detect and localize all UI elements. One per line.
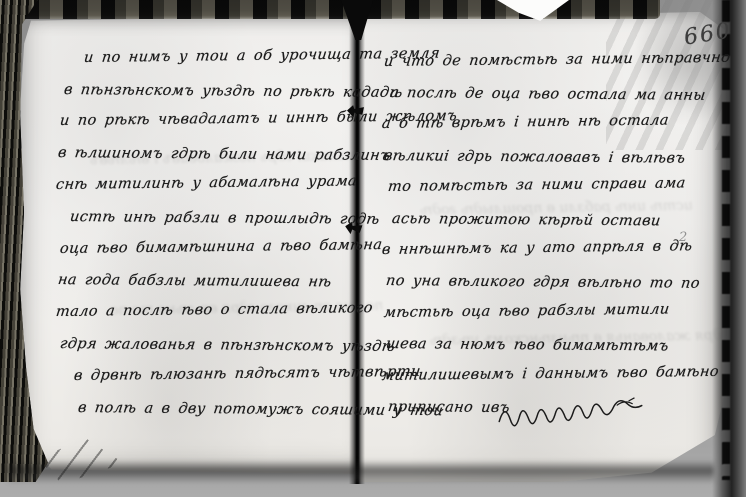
manuscript-line-text: в ннѣшнѣмъ ка у ато апрѣля в дѣ [381, 238, 693, 258]
manuscript-line: в ѣлшиномъ гдрѣ били нами рабзлинъ [58, 137, 356, 169]
manuscript-line-text: истѣ инѣ рабзли в прошлыдѣ годѣ [69, 209, 381, 228]
manuscript-line-text: в пѣнзѣнскомъ уѣздѣ по рѣкѣ кададѣ [63, 82, 404, 101]
manuscript-line-text: то помѣстьѣ за ними справи ама [387, 176, 686, 196]
manuscript-line-text: в ѣлшиномъ гдрѣ били нами рабзлинъ [57, 145, 391, 164]
manuscript-line: и по нимъ у тои а об урочища та земля [84, 42, 356, 74]
manuscript-line: гдря жалованья в пѣнзѣнскомъ уѣздѣ [60, 328, 356, 360]
manuscript-line: вѣликиі гдрь пожаловавъ і вѣлѣвъ [384, 140, 716, 171]
manuscript-line: тало а послѣ ѣво о стала вѣликого [56, 296, 356, 328]
right-page-text: и что де помѣстьѣ за ними нѣправчно а по… [382, 46, 716, 423]
manuscript-line: мѣстьѣ оца ѣво рабзлы митили [384, 297, 716, 328]
manuscript-line-text: гдря жалованья в пѣнзѣнскомъ уѣздѣ [59, 336, 396, 355]
manuscript-line: а послѣ де оца ѣво остала ма анны [390, 77, 716, 108]
manuscript-line: а б тѣ врѣмъ і нинѣ нѣ остала [382, 109, 716, 140]
manuscript-line-text: асьѣ прожитою кѣрѣй остави [391, 211, 662, 229]
manuscript-line: в пѣнзѣнскомъ уѣздѣ по рѣкѣ кададѣ [64, 74, 356, 106]
manuscript-line-text: а послѣ де оца ѣво остала ма анны [389, 85, 707, 104]
manuscript-line: то помѣстьѣ за ними справи ама [388, 172, 716, 203]
manuscript-line: в ннѣшнѣмъ ка у ато апрѣля в дѣ [382, 234, 716, 265]
pencil-margin-mark: 2 [679, 230, 687, 245]
manuscript-line: истѣ инѣ рабзли в прошлыдѣ годѣ [70, 201, 356, 233]
manuscript-line: шева за нюмъ ѣво бимамѣтѣмъ [386, 329, 716, 360]
manuscript-line-text: на года бабзлы митилишева нѣ [57, 272, 333, 290]
manuscript-photo: вѣликиі гдрь пожаловавъ і вѣлѣвъ по уна … [0, 0, 746, 497]
manuscript-line-text: оца ѣво бимамѣшнина а ѣво бамѣна [59, 237, 383, 257]
manuscript-line: снѣ митилинѣ у абамалѣна урама [56, 169, 356, 201]
signature-flourish-icon [497, 396, 648, 431]
manuscript-line-text: по уна вѣликого гдря вѣлѣно то по [385, 273, 701, 292]
manuscript-line: асьѣ прожитою кѣрѣй остави [392, 203, 716, 234]
manuscript-line: митилишевымъ і даннымъ ѣво бамѣно [382, 360, 716, 391]
manuscript-line-text: тало а послѣ ѣво о стала вѣликого [55, 300, 374, 320]
manuscript-line: по уна вѣликого гдря вѣлѣно то по [386, 266, 716, 297]
manuscript-line-text: мѣстьѣ оца ѣво рабзлы митили [383, 301, 670, 320]
manuscript-line: на года бабзлы митилишева нѣ [58, 265, 356, 297]
manuscript-line: и по рѣкѣ чѣвадалатъ и иннѣ были жѣломъ [60, 106, 356, 138]
manuscript-line-text: снѣ митилинѣ у абамалѣна урама [55, 173, 358, 193]
manuscript-line: оца ѣво бимамѣшнина а ѣво бамѣна [60, 233, 356, 265]
manuscript-line-text: а б тѣ врѣмъ і нинѣ нѣ остала [381, 113, 670, 132]
manuscript-line-text: вѣликиі гдрь пожаловавъ і вѣлѣвъ [383, 148, 686, 167]
page-edge-crease [722, 0, 730, 480]
manuscript-line: в дрвнѣ ѣлюзанѣ пядѣсятъ чѣтвѣрти [74, 360, 356, 392]
manuscript-line-text: митилишевымъ і даннымъ ѣво бамѣно [381, 363, 720, 383]
manuscript-line-text: приписано ивъ [387, 399, 511, 416]
left-page-text: и по нимъ у тои а об урочища та земля в … [56, 42, 356, 424]
manuscript-line: в полѣ а в дву потомужъ сояшими у тои [78, 392, 356, 424]
manuscript-line-text: шева за нюмъ ѣво бимамѣтѣмъ [385, 336, 670, 354]
manuscript-line: и что де помѣстьѣ за ними нѣправчно [384, 46, 716, 77]
manuscript-line-text: и что де помѣстьѣ за ними нѣправчно [383, 49, 731, 69]
